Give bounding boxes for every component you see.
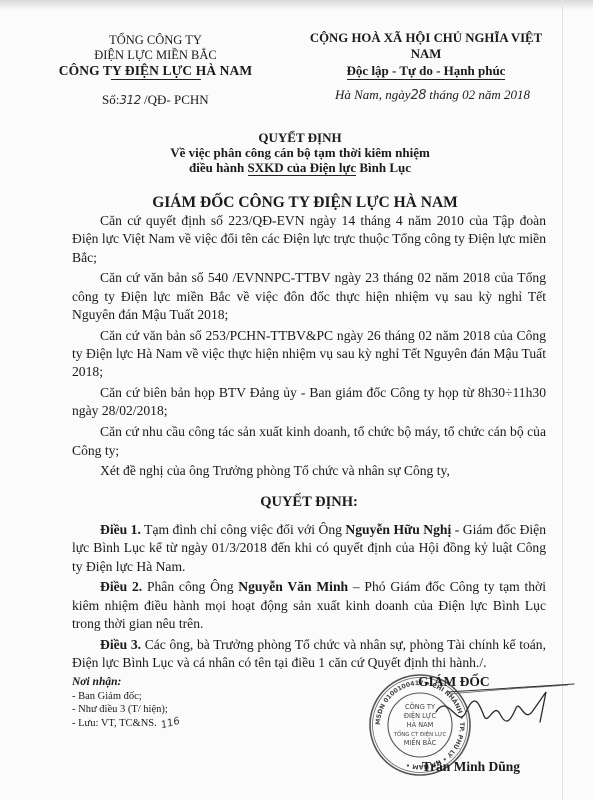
date-line: Hà Nam, ngày28 tháng 02 năm 2018 (335, 87, 530, 103)
article-1: Điều 1. Tạm đình chỉ công việc đối với Ô… (72, 521, 546, 576)
article-label: Điều 1. (100, 522, 141, 537)
issuer-block: TỔNG CÔNG TY ĐIỆN LỰC MIỀN BẮC CÔNG TY Đ… (48, 33, 263, 80)
national-motto: Độc lập - Tự do - Hạnh phúc (347, 63, 506, 80)
preamble-paragraph: Căn cứ nhu cầu công tác sản xuất kinh do… (72, 423, 546, 460)
preamble-paragraph: Căn cứ quyết định số 223/QĐ-EVN ngày 14 … (72, 212, 546, 267)
article-person: Nguyễn Văn Minh (238, 579, 348, 594)
recipient-item-text: - Lưu: VT, TC&NS. (72, 718, 157, 729)
recipient-item: - Lưu: VT, TC&NS.116 (72, 717, 180, 731)
authority-heading: GIÁM ĐỐC CÔNG TY ĐIỆN LỰC HÀ NAM (60, 194, 550, 212)
decision-heading: QUYẾT ĐỊNH: (72, 493, 546, 511)
issuer-parent-line1: TỔNG CÔNG TY (48, 33, 263, 48)
date-suffix: tháng 02 năm 2018 (426, 87, 530, 102)
title-subject-line2: điều hành SXKD của Điện lực Bình Lục (60, 160, 540, 175)
preamble-paragraph: Xét đề nghị của ông Trưởng phòng Tổ chức… (72, 462, 546, 480)
recipient-item: - Ban Giám đốc; (72, 690, 180, 704)
docno-prefix: Số: (102, 92, 119, 107)
recipients-block: Nơi nhận: - Ban Giám đốc; - Như điều 3 (… (72, 676, 180, 730)
signer-title: GIÁM ĐỐC (418, 674, 490, 690)
preamble-paragraph: Căn cứ văn bản số 253/PCHN-TTBV&PC ngày … (72, 327, 546, 382)
docno-suffix: /QĐ- PCHN (141, 92, 209, 107)
subject-underlined: SXKD của Điện lực (248, 160, 357, 176)
document-number: Số:312 /QĐ- PCHN (102, 92, 209, 108)
issuer-name: CÔNG TY ĐIỆN LỰC HÀ NAM (48, 63, 263, 78)
decision-title: QUYẾT ĐỊNH Về việc phân công cán bộ tạm … (60, 130, 540, 175)
article-person: Nguyễn Hữu Nghị (345, 522, 451, 537)
national-header: CỘNG HOÀ XÃ HỘI CHỦ NGHĨA VIỆT NAM Độc l… (294, 30, 558, 80)
subject-pre: điều hành (189, 160, 248, 175)
issuer-parent-line2: ĐIỆN LỰC MIỀN BẮC (48, 48, 263, 63)
subject-post: Bình Lục (356, 160, 411, 175)
docno-handwritten: 312 (119, 93, 140, 107)
article-text: Các ông, bà Trưởng phòng Tổ chức và nhân… (72, 637, 546, 670)
article-2: Điều 2. Phân công Ông Nguyễn Văn Minh – … (72, 578, 546, 633)
nation-name: CỘNG HOÀ XÃ HỘI CHỦ NGHĨA VIỆT NAM (294, 30, 558, 62)
date-prefix: Hà Nam, ngày (335, 87, 410, 102)
article-label: Điều 2. (100, 579, 142, 594)
article-text: Tạm đình chỉ công việc đối với Ông (141, 522, 346, 537)
preamble-paragraph: Căn cứ văn bản số 540 /EVNNPC-TTBV ngày … (72, 269, 546, 324)
title-subject-line1: Về việc phân công cán bộ tạm thời kiêm n… (60, 145, 540, 160)
handwritten-mark: 116 (159, 714, 181, 732)
article-label: Điều 3. (100, 637, 141, 652)
recipient-item: - Như điều 3 (T/ hiện); (72, 703, 180, 717)
recipients-label: Nơi nhận: (72, 676, 180, 690)
document-body: Căn cứ quyết định số 223/QĐ-EVN ngày 14 … (72, 212, 546, 675)
issuer-underline (111, 79, 201, 80)
title-heading: QUYẾT ĐỊNH (60, 130, 540, 145)
document-page: TỔNG CÔNG TY ĐIỆN LỰC MIỀN BẮC CÔNG TY Đ… (0, 0, 593, 800)
date-day-handwritten: 28 (410, 88, 426, 103)
article-3: Điều 3. Các ông, bà Trưởng phòng Tổ chức… (72, 636, 546, 673)
handwritten-signature (428, 682, 578, 742)
article-text: Phân công Ông (142, 579, 238, 594)
signer-name: Trần Minh Dũng (422, 759, 520, 775)
preamble-paragraph: Căn cứ biên bản họp BTV Đảng ủy - Ban gi… (72, 384, 546, 421)
